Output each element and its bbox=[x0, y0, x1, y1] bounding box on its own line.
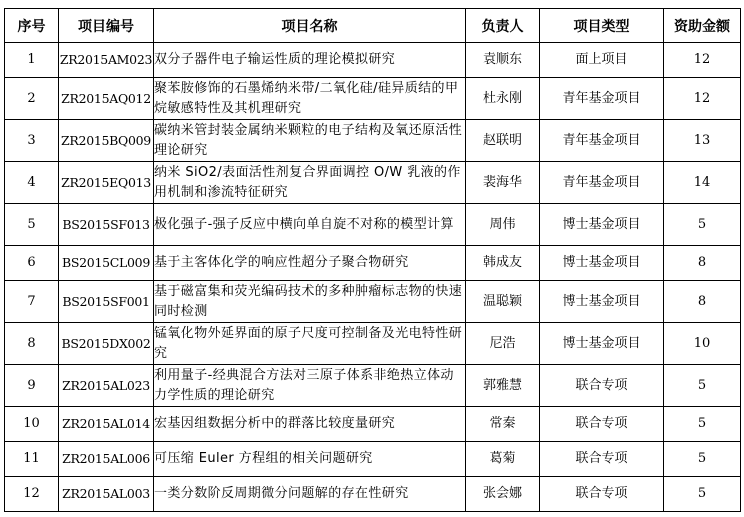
cell-project-name: 利用量子-经典混合方法对三原子体系非绝热立体动力学性质的理论研究 bbox=[154, 365, 466, 407]
funding-projects-table: 序号 项目编号 项目名称 负责人 项目类型 资助金额 1 ZR2015AM023… bbox=[4, 8, 741, 512]
cell-funding: 14 bbox=[664, 162, 741, 204]
cell-project-id: ZR2015BQ009 bbox=[59, 120, 154, 162]
cell-index: 12 bbox=[5, 477, 59, 512]
cell-project-type: 青年基金项目 bbox=[540, 162, 664, 204]
cell-project-type: 联合专项 bbox=[540, 442, 664, 477]
cell-funding: 10 bbox=[664, 323, 741, 365]
cell-index: 5 bbox=[5, 204, 59, 246]
cell-project-type: 联合专项 bbox=[540, 407, 664, 442]
cell-project-type: 青年基金项目 bbox=[540, 78, 664, 120]
table-row: 7 BS2015SF001 基于磁富集和荧光编码技术的多种肿瘤标志物的快速同时检… bbox=[5, 281, 741, 323]
table-row: 9 ZR2015AL023 利用量子-经典混合方法对三原子体系非绝热立体动力学性… bbox=[5, 365, 741, 407]
cell-project-name: 聚苯胺修饰的石墨烯纳米带/二氧化硅/硅异质结的甲烷敏感特性及其机理研究 bbox=[154, 78, 466, 120]
cell-index: 8 bbox=[5, 323, 59, 365]
header-index: 序号 bbox=[5, 9, 59, 43]
cell-funding: 5 bbox=[664, 365, 741, 407]
cell-funding: 13 bbox=[664, 120, 741, 162]
cell-funding: 8 bbox=[664, 281, 741, 323]
cell-project-name: 双分子器件电子输运性质的理论模拟研究 bbox=[154, 43, 466, 78]
cell-project-type: 博士基金项目 bbox=[540, 204, 664, 246]
cell-project-id: BS2015DX002 bbox=[59, 323, 154, 365]
table-row: 1 ZR2015AM023 双分子器件电子输运性质的理论模拟研究 袁顺东 面上项… bbox=[5, 43, 741, 78]
cell-project-type: 博士基金项目 bbox=[540, 323, 664, 365]
cell-project-name: 纳米 SiO2/表面活性剂复合界面调控 O/W 乳液的作用机制和渗流特征研究 bbox=[154, 162, 466, 204]
cell-leader: 赵联明 bbox=[466, 120, 540, 162]
cell-project-type: 博士基金项目 bbox=[540, 246, 664, 281]
cell-funding: 5 bbox=[664, 477, 741, 512]
cell-leader: 温聪颖 bbox=[466, 281, 540, 323]
header-funding: 资助金额 bbox=[664, 9, 741, 43]
cell-leader: 周伟 bbox=[466, 204, 540, 246]
cell-project-id: ZR2015EQ013 bbox=[59, 162, 154, 204]
cell-project-id: ZR2015AQ012 bbox=[59, 78, 154, 120]
cell-index: 11 bbox=[5, 442, 59, 477]
cell-index: 4 bbox=[5, 162, 59, 204]
cell-leader: 葛菊 bbox=[466, 442, 540, 477]
cell-project-type: 博士基金项目 bbox=[540, 281, 664, 323]
cell-project-name: 基于磁富集和荧光编码技术的多种肿瘤标志物的快速同时检测 bbox=[154, 281, 466, 323]
cell-index: 1 bbox=[5, 43, 59, 78]
cell-index: 7 bbox=[5, 281, 59, 323]
cell-index: 10 bbox=[5, 407, 59, 442]
cell-project-id: ZR2015AL003 bbox=[59, 477, 154, 512]
cell-funding: 5 bbox=[664, 204, 741, 246]
cell-project-id: BS2015CL009 bbox=[59, 246, 154, 281]
header-project-type: 项目类型 bbox=[540, 9, 664, 43]
cell-project-id: BS2015SF001 bbox=[59, 281, 154, 323]
header-project-name: 项目名称 bbox=[154, 9, 466, 43]
table-row: 4 ZR2015EQ013 纳米 SiO2/表面活性剂复合界面调控 O/W 乳液… bbox=[5, 162, 741, 204]
cell-project-id: ZR2015AL023 bbox=[59, 365, 154, 407]
table-row: 5 BS2015SF013 极化强子-强子反应中横向单自旋不对称的模型计算 周伟… bbox=[5, 204, 741, 246]
cell-leader: 常秦 bbox=[466, 407, 540, 442]
cell-index: 3 bbox=[5, 120, 59, 162]
cell-project-name: 极化强子-强子反应中横向单自旋不对称的模型计算 bbox=[154, 204, 466, 246]
cell-leader: 袁顺东 bbox=[466, 43, 540, 78]
cell-leader: 郭雅慧 bbox=[466, 365, 540, 407]
cell-project-type: 联合专项 bbox=[540, 477, 664, 512]
cell-funding: 8 bbox=[664, 246, 741, 281]
cell-leader: 韩成友 bbox=[466, 246, 540, 281]
table-row: 3 ZR2015BQ009 碳纳米管封装金属纳米颗粒的电子结构及氧还原活性理论研… bbox=[5, 120, 741, 162]
cell-project-type: 青年基金项目 bbox=[540, 120, 664, 162]
cell-project-name: 可压缩 Euler 方程组的相关问题研究 bbox=[154, 442, 466, 477]
cell-project-id: ZR2015AL014 bbox=[59, 407, 154, 442]
cell-project-name: 基于主客体化学的响应性超分子聚合物研究 bbox=[154, 246, 466, 281]
cell-leader: 裴海华 bbox=[466, 162, 540, 204]
cell-project-name: 一类分数阶反周期微分问题解的存在性研究 bbox=[154, 477, 466, 512]
cell-funding: 12 bbox=[664, 43, 741, 78]
table-row: 10 ZR2015AL014 宏基因组数据分析中的群落比较度量研究 常秦 联合专… bbox=[5, 407, 741, 442]
header-project-id: 项目编号 bbox=[59, 9, 154, 43]
table-row: 6 BS2015CL009 基于主客体化学的响应性超分子聚合物研究 韩成友 博士… bbox=[5, 246, 741, 281]
cell-project-id: BS2015SF013 bbox=[59, 204, 154, 246]
cell-funding: 5 bbox=[664, 442, 741, 477]
cell-project-name: 锰氧化物外延界面的原子尺度可控制备及光电特性研究 bbox=[154, 323, 466, 365]
cell-leader: 张会娜 bbox=[466, 477, 540, 512]
table-row: 11 ZR2015AL006 可压缩 Euler 方程组的相关问题研究 葛菊 联… bbox=[5, 442, 741, 477]
cell-project-id: ZR2015AM023 bbox=[59, 43, 154, 78]
cell-project-name: 宏基因组数据分析中的群落比较度量研究 bbox=[154, 407, 466, 442]
cell-funding: 5 bbox=[664, 407, 741, 442]
cell-leader: 尼浩 bbox=[466, 323, 540, 365]
cell-project-id: ZR2015AL006 bbox=[59, 442, 154, 477]
cell-index: 6 bbox=[5, 246, 59, 281]
header-leader: 负责人 bbox=[466, 9, 540, 43]
cell-project-name: 碳纳米管封装金属纳米颗粒的电子结构及氧还原活性理论研究 bbox=[154, 120, 466, 162]
cell-index: 9 bbox=[5, 365, 59, 407]
table-row: 12 ZR2015AL003 一类分数阶反周期微分问题解的存在性研究 张会娜 联… bbox=[5, 477, 741, 512]
table-row: 2 ZR2015AQ012 聚苯胺修饰的石墨烯纳米带/二氧化硅/硅异质结的甲烷敏… bbox=[5, 78, 741, 120]
cell-leader: 杜永刚 bbox=[466, 78, 540, 120]
cell-project-type: 联合专项 bbox=[540, 365, 664, 407]
table-row: 8 BS2015DX002 锰氧化物外延界面的原子尺度可控制备及光电特性研究 尼… bbox=[5, 323, 741, 365]
cell-funding: 12 bbox=[664, 78, 741, 120]
header-row: 序号 项目编号 项目名称 负责人 项目类型 资助金额 bbox=[5, 9, 741, 43]
cell-project-type: 面上项目 bbox=[540, 43, 664, 78]
cell-index: 2 bbox=[5, 78, 59, 120]
